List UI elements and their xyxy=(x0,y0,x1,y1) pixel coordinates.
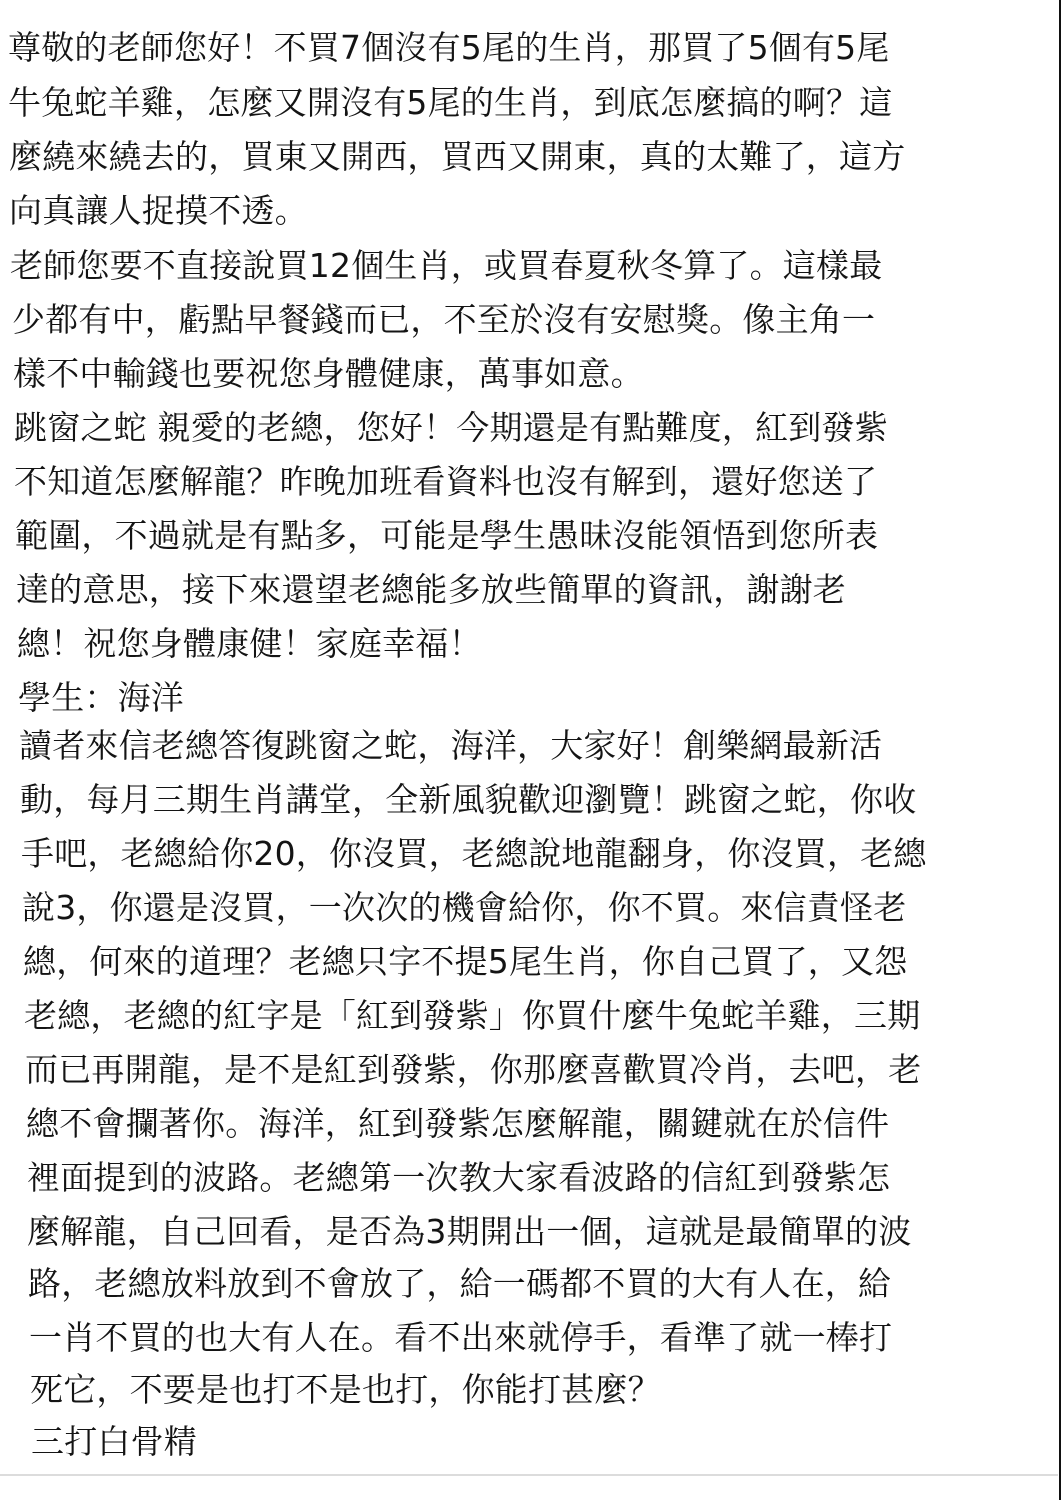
text-line: 向真讓人捉摸不透。 xyxy=(9,191,308,231)
text-line: 一肖不買的也大有人在。看不出來就停手，看準了就一棒打 xyxy=(29,1318,892,1358)
text-line: 範圍，不過就是有點多，可能是學生愚昧沒能領悟到您所表 xyxy=(15,516,878,556)
signature-closing: 三打白骨精 xyxy=(31,1422,197,1462)
text-line: 說3，你還是沒買，一次次的機會給你，你不買。來信責怪老 xyxy=(22,888,906,928)
text-line: 老師您要不直接說買12個生肖，或買春夏秋冬算了。這樣最 xyxy=(10,246,882,286)
signature-student: 學生：海洋 xyxy=(18,678,184,718)
text-line: 總！祝您身體康健！家庭幸福！ xyxy=(17,624,482,664)
text-line: 老總，老總的紅字是「紅到發紫」你買什麼牛兔蛇羊雞，三期 xyxy=(24,996,920,1036)
text-line: 裡面提到的波路。老總第一次教大家看波路的信紅到發紫怎 xyxy=(27,1158,890,1198)
text-line: 牛兔蛇羊雞，怎麼又開沒有5尾的生肖，到底怎麼搞的啊？這 xyxy=(8,83,892,123)
text-line: 而已再開龍，是不是紅到發紫，你那麼喜歡買冷肖，去吧，老 xyxy=(25,1050,921,1090)
text-line: 麼繞來繞去的，買東又開西，買西又開東，真的太難了，這方 xyxy=(9,137,905,177)
document-page: 尊敬的老師您好！不買7個沒有5尾的生肖，那買了5個有5尾 牛兔蛇羊雞，怎麼又開沒… xyxy=(0,0,1061,1500)
text-line: 死它，不要是也打不是也打，你能打甚麼？ xyxy=(30,1370,661,1410)
text-line: 樣不中輸錢也要祝您身體健康，萬事如意。 xyxy=(13,354,644,394)
text-line: 跳窗之蛇 親愛的老總，您好！今期還是有點難度，紅到發紫 xyxy=(14,408,888,448)
text-line: 讀者來信老總答復跳窗之蛇，海洋，大家好！創樂網最新活 xyxy=(19,726,882,766)
text-line: 不知道怎麼解龍？昨晚加班看資料也沒有解到，還好您送了 xyxy=(14,462,877,502)
text-line: 少都有中，虧點早餐錢而已，不至於沒有安慰獎。像主角一 xyxy=(12,300,875,340)
text-line: 總不會攔著你。海洋，紅到發紫怎麼解龍，關鍵就在於信件 xyxy=(26,1104,889,1144)
text-line: 路，老總放料放到不會放了，給一碼都不買的大有人在，給 xyxy=(28,1264,891,1304)
text-line: 總，何來的道理？老總只字不提5尾生肖，你自己買了，又怨 xyxy=(23,942,907,982)
text-line: 麼解龍，自己回看，是否為3期開出一個，這就是最簡單的波 xyxy=(27,1212,911,1252)
text-line: 達的意思，接下來還望老總能多放些簡單的資訊，謝謝老 xyxy=(16,570,846,610)
bottom-divider xyxy=(0,1474,1058,1476)
text-line: 動，每月三期生肖講堂，全新風貌歡迎瀏覽！跳窗之蛇，你收 xyxy=(20,780,916,820)
text-line: 尊敬的老師您好！不買7個沒有5尾的生肖，那買了5個有5尾 xyxy=(8,28,890,68)
text-line: 手吧，老總給你20，你沒買，老總說地龍翻身，你沒買，老總 xyxy=(21,834,927,874)
